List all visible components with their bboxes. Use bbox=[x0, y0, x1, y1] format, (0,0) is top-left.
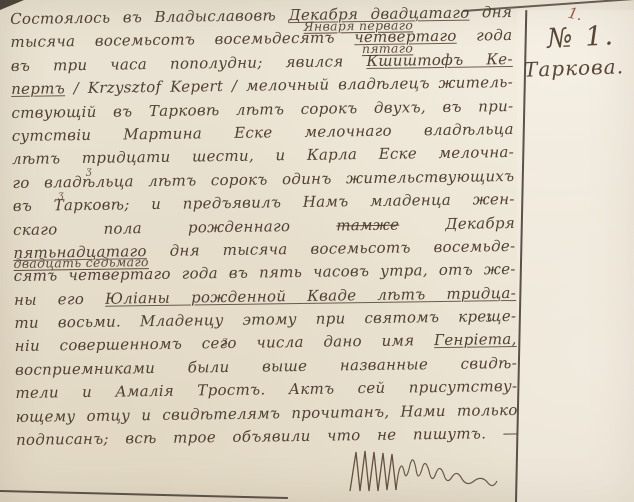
caret-mark: ʒ bbox=[222, 336, 228, 347]
text-segment: восприемниками были выше названные свидѣ… bbox=[15, 354, 517, 379]
record-number: № 1. bbox=[546, 20, 615, 55]
record-separator-line bbox=[0, 490, 288, 499]
text-segment: скаго пола рожденнаго bbox=[13, 216, 336, 239]
text-segment: Юліаны рожденной Кваде лѣтъ тридца- bbox=[105, 284, 516, 308]
margin-place-name: Таркова. bbox=[524, 54, 625, 81]
text-segment: дня bbox=[469, 3, 512, 22]
interline-correction: двадцать седьмаго bbox=[13, 255, 148, 270]
text-segment: ти восьми. Младенцу этому при святомъ кр… bbox=[14, 307, 516, 332]
interline-correction: пятаго bbox=[362, 41, 413, 55]
text-segment: лѣтъ тридцати шести, и Карла Еске мелочн… bbox=[12, 143, 514, 168]
text-segment: дня тысяча восемьсотъ восемьде- bbox=[147, 237, 516, 260]
manuscript-page: 1. № 1. Таркова. Состоялось въ Владыслав… bbox=[0, 0, 634, 502]
text-segment: Состоялось въ Владыславовѣ bbox=[10, 6, 289, 28]
signature-scrawl bbox=[346, 443, 506, 499]
text-segment: ны его bbox=[14, 289, 105, 308]
text-segment: въ Тарковѣ; и предъявилъ Намъ младенца ж… bbox=[13, 190, 515, 215]
text-segment: сутствіи Мартина Еске мелочнаго владѣльц… bbox=[12, 120, 514, 145]
caret-mark: ʒ bbox=[486, 312, 492, 323]
text-segment: пятьнадцатагодвадцать седьмаго bbox=[13, 242, 147, 262]
text-segment: года bbox=[457, 26, 513, 45]
text-segment: Генріета, bbox=[434, 330, 517, 349]
text-segment: въ три часа пополудни; явился bbox=[11, 52, 367, 75]
text-segment: / Krzysztof Kepert / мелочный владѣлецъ … bbox=[65, 73, 513, 97]
caret-mark: ʒ bbox=[58, 190, 64, 201]
caret-mark: ʒ bbox=[86, 166, 92, 177]
text-segment: Декабря двадцатагоЯнваря перваго bbox=[288, 4, 469, 25]
text-segment: тамже bbox=[336, 215, 399, 234]
text-segment: пертъ bbox=[11, 79, 65, 98]
record-text: Состоялось въ Владыславовѣ Декабря двадц… bbox=[10, 1, 518, 452]
text-segment: ющему отцу и свидѣтелямъ прочитанъ, Нами… bbox=[16, 401, 518, 426]
text-segment: четвертагопятаго bbox=[354, 27, 457, 46]
text-segment: ствующій въ Тарковѣ лѣтъ сорокъ двухъ, в… bbox=[11, 97, 513, 122]
margin-column bbox=[517, 10, 634, 502]
text-segment: тели и Амалія Тростъ. Актъ сей присутств… bbox=[15, 377, 517, 402]
text-segment: Декабря bbox=[399, 213, 515, 233]
